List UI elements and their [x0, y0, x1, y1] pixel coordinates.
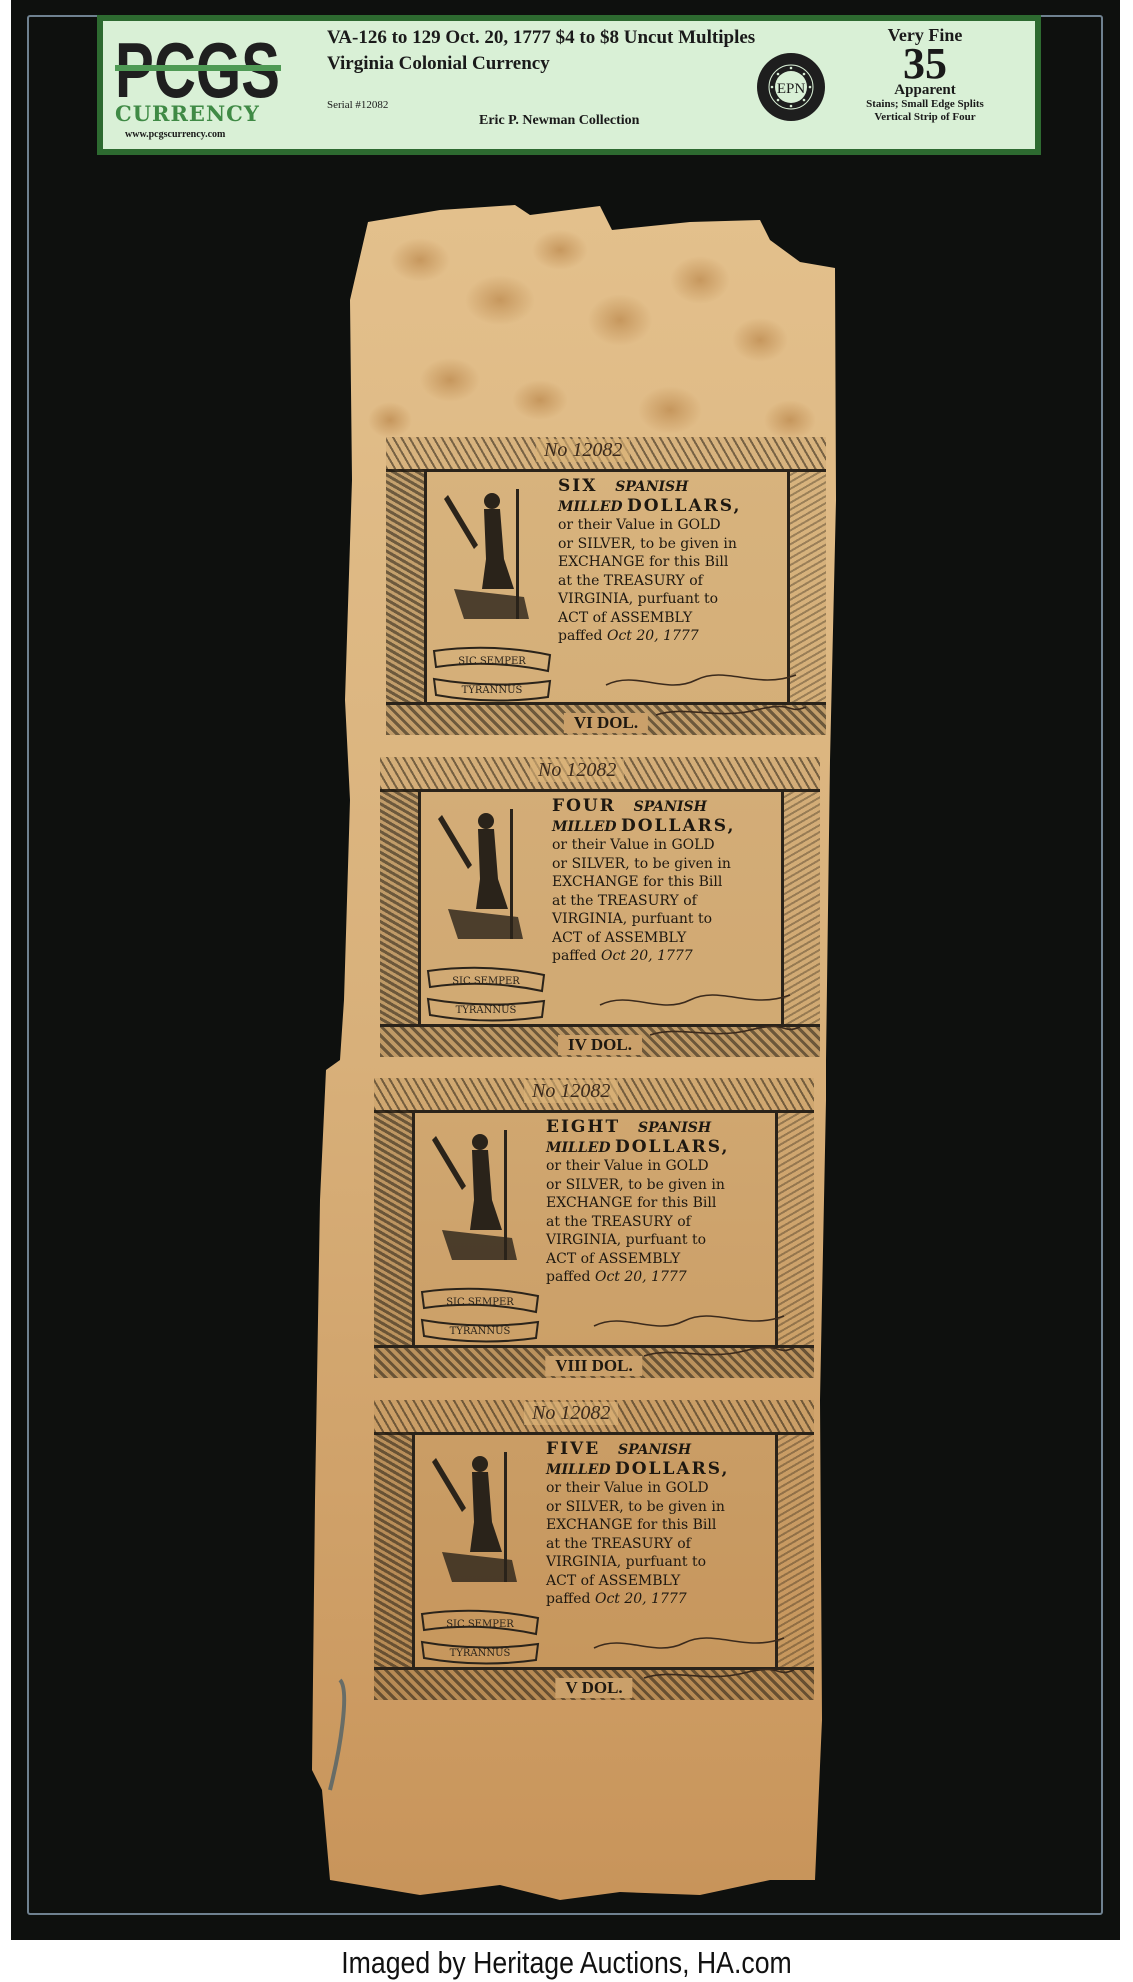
- note-four-dollars: No 12082 IV DOL. SIC SEMPERTYRANNUS FOUR…: [380, 757, 820, 1057]
- epn-seal-icon: EPN: [755, 51, 827, 123]
- motto-banner: SIC SEMPERTYRANNUS: [430, 645, 555, 703]
- signature: [590, 985, 810, 1045]
- note-top-border: No 12082: [386, 437, 826, 472]
- svg-text:SIC SEMPER: SIC SEMPER: [458, 656, 526, 667]
- note-serial: No 12082: [524, 1080, 618, 1103]
- svg-text:SIC SEMPER: SIC SEMPER: [452, 976, 520, 987]
- svg-text:EPN: EPN: [777, 81, 806, 97]
- grade-comment-2: Vertical Strip of Four: [825, 111, 1025, 124]
- note-top-border: No 12082: [374, 1400, 814, 1435]
- note-left-border: [386, 469, 427, 705]
- note-top-border: No 12082: [374, 1078, 814, 1113]
- note-top-border: No 12082: [380, 757, 820, 792]
- note-left-border: [374, 1110, 415, 1348]
- label-subtitle: Virginia Colonial Currency: [327, 53, 550, 75]
- signature: [596, 665, 816, 725]
- virtus-figure-icon: [422, 1442, 532, 1602]
- note-body-text: EIGHT SPANISH MILLED DOLLARS, or their V…: [546, 1118, 774, 1287]
- note-eight-dollars: No 12082 VIII DOL. SIC SEMPERTYRANNUS EI…: [374, 1078, 814, 1378]
- svg-text:TYRANNUS: TYRANNUS: [456, 1005, 517, 1016]
- motto-banner: SIC SEMPERTYRANNUS: [424, 965, 549, 1023]
- image-credit: Imaged by Heritage Auctions, HA.com: [79, 1945, 1053, 1981]
- note-body-text: FIVE SPANISH MILLED DOLLARS, or their Va…: [546, 1440, 774, 1609]
- note-serial: No 12082: [536, 439, 630, 462]
- virtus-figure-icon: [428, 799, 538, 959]
- grade-qualifier: Apparent: [825, 83, 1025, 98]
- signature: [584, 1306, 804, 1366]
- pcgs-url: www.pcgscurrency.com: [125, 129, 225, 140]
- svg-text:SIC SEMPER: SIC SEMPER: [446, 1297, 514, 1308]
- signature: [584, 1628, 804, 1688]
- note-serial: No 12082: [530, 759, 624, 782]
- grade-comment-1: Stains; Small Edge Splits: [825, 98, 1025, 111]
- label-collection: Eric P. Newman Collection: [479, 113, 639, 129]
- grade-number: 35: [825, 45, 1025, 83]
- pcgs-logo: PCGS: [113, 27, 283, 145]
- svg-text:TYRANNUS: TYRANNUS: [462, 685, 523, 696]
- note-left-border: [380, 789, 421, 1027]
- note-left-border: [374, 1432, 415, 1670]
- virtus-figure-icon: [422, 1120, 532, 1280]
- note-six-dollars: No 12082 VI DOL. SIC SEMPERTYRANNUS SIX …: [386, 437, 826, 735]
- grade-block: Very Fine 35 Apparent Stains; Small Edge…: [825, 25, 1025, 124]
- virtus-figure-icon: [434, 479, 544, 639]
- pcgs-label: PCGS CURRENCY www.pcgscurrency.com VA-12…: [97, 15, 1041, 155]
- pcgs-currency-wordmark: CURRENCY: [115, 101, 260, 126]
- note-five-dollars: No 12082 V DOL. SIC SEMPERTYRANNUS FIVE …: [374, 1400, 814, 1700]
- note-serial: No 12082: [524, 1402, 618, 1425]
- svg-text:SIC SEMPER: SIC SEMPER: [446, 1619, 514, 1630]
- note-body-text: SIX SPANISH MILLED DOLLARS, or their Val…: [558, 477, 786, 646]
- svg-text:TYRANNUS: TYRANNUS: [450, 1648, 511, 1659]
- label-title: VA-126 to 129 Oct. 20, 1777 $4 to $8 Unc…: [327, 27, 755, 49]
- label-serial: Serial #12082: [327, 99, 388, 111]
- svg-text:TYRANNUS: TYRANNUS: [450, 1326, 511, 1337]
- note-body-text: FOUR SPANISH MILLED DOLLARS, or their Va…: [552, 797, 780, 966]
- motto-banner: SIC SEMPERTYRANNUS: [418, 1286, 543, 1344]
- motto-banner: SIC SEMPERTYRANNUS: [418, 1608, 543, 1666]
